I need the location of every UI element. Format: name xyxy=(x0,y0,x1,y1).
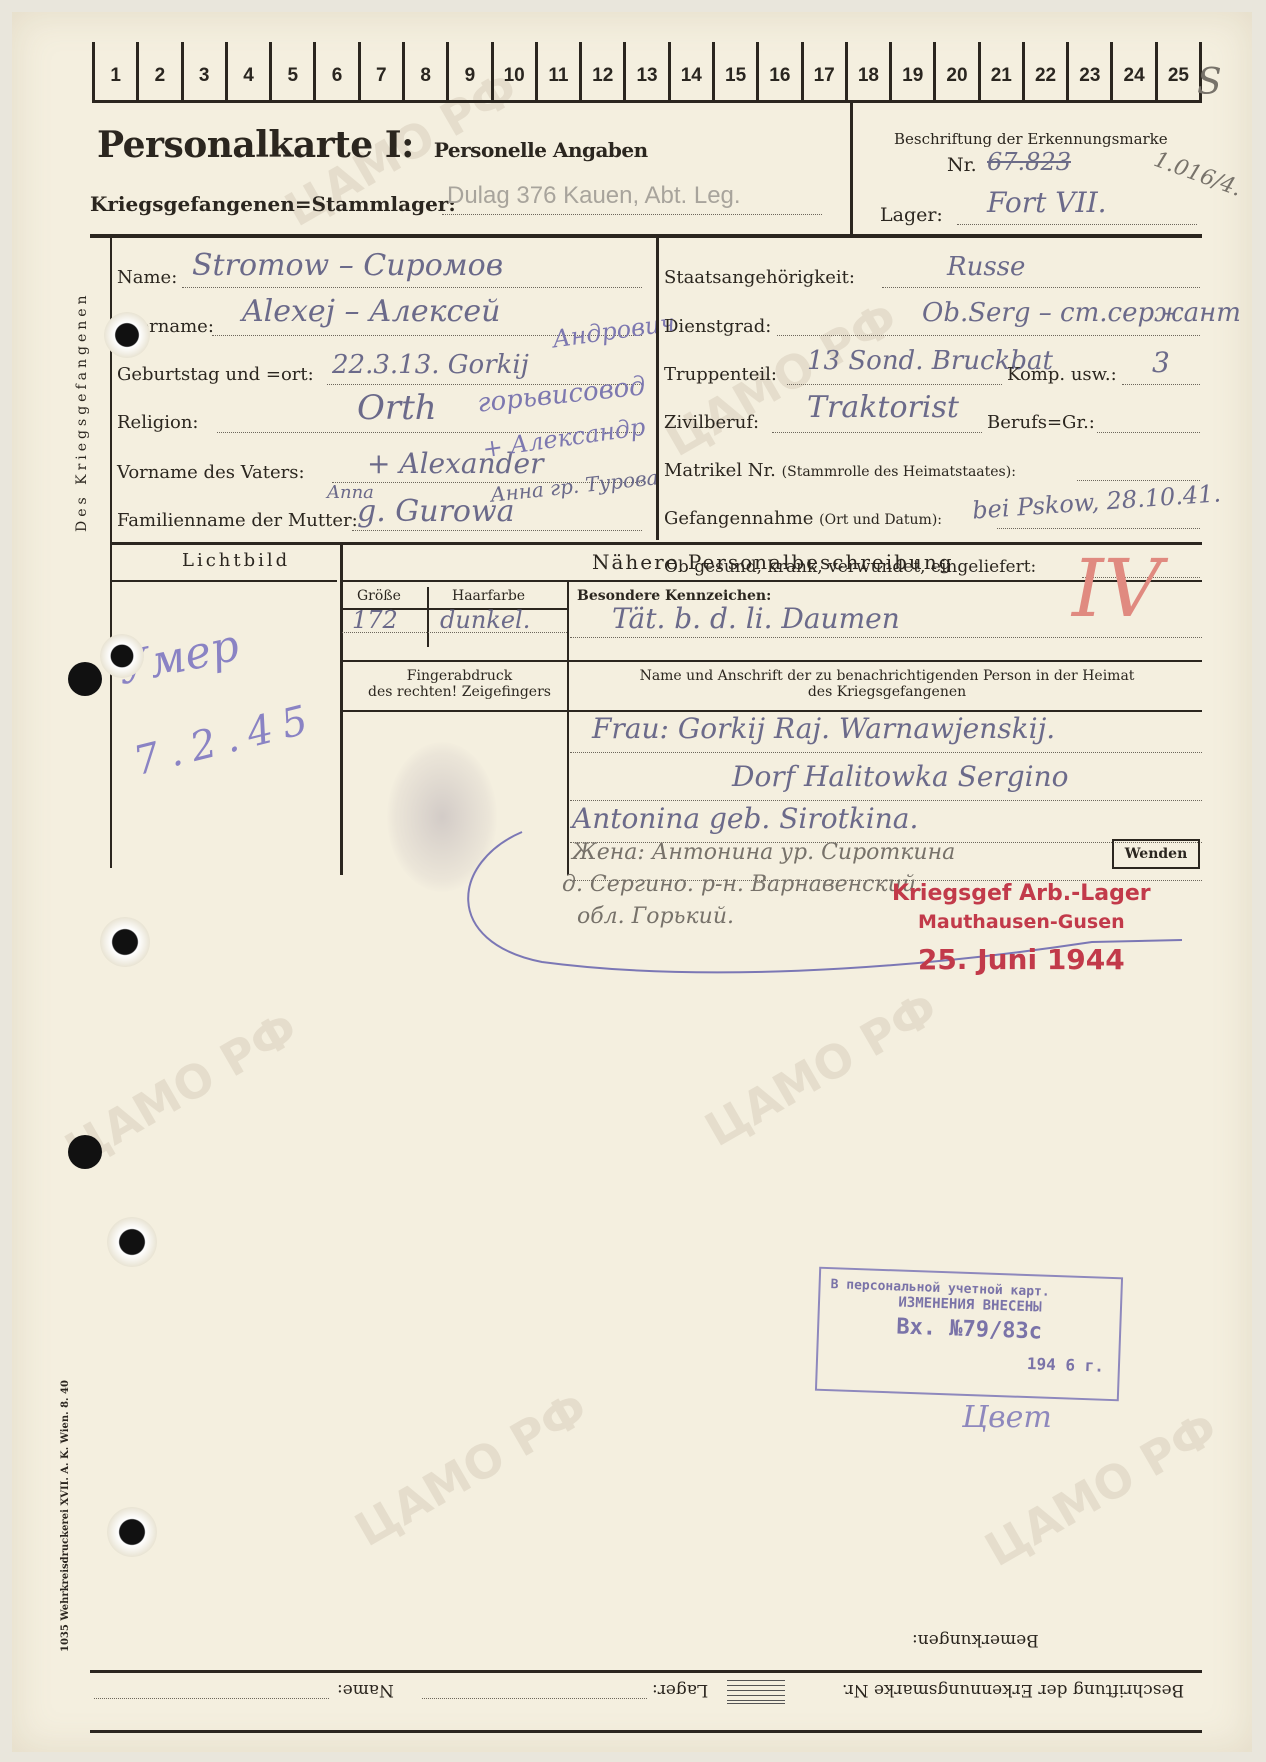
strip-cell: 21 xyxy=(978,42,1022,100)
middle-divider xyxy=(656,238,659,540)
lager-line xyxy=(957,224,1197,225)
back-top-rule xyxy=(90,1670,1202,1673)
strip-cell: 12 xyxy=(579,42,623,100)
watermark: ЦАМО РФ xyxy=(696,981,947,1157)
religion-label: Religion: xyxy=(117,412,199,433)
strip-cell: 17 xyxy=(801,42,845,100)
berufsgr-line xyxy=(1097,432,1200,433)
finger-label: Fingerabdruck des rechten! Zeigefingers xyxy=(357,668,562,700)
watermark: ЦАМО РФ xyxy=(346,1381,597,1557)
punch-hole xyxy=(107,1217,157,1267)
stammlager-line xyxy=(442,214,822,215)
corner-mark: S xyxy=(1197,62,1222,103)
finger-label-1: Fingerabdruck xyxy=(357,668,562,684)
strip-cell: 13 xyxy=(623,42,667,100)
strip-cell: 14 xyxy=(668,42,712,100)
lichtbild-rule xyxy=(112,580,337,582)
section-title: Nähere Personalbeschreibung xyxy=(592,550,954,574)
religion-value: Orth xyxy=(357,388,437,428)
komp-line xyxy=(1122,384,1200,385)
strip-cell: 11 xyxy=(535,42,579,100)
groesse-value: 172 xyxy=(352,606,398,634)
vater-extra: + Александр xyxy=(481,413,647,464)
strip-cell: 7 xyxy=(358,42,402,100)
strip-cell: 18 xyxy=(845,42,889,100)
lichtbild-note-2: 7.2.45 xyxy=(129,695,322,785)
strip-cell: 5 xyxy=(269,42,313,100)
mutter-label: Familienname der Mutter: xyxy=(117,510,358,531)
archive-signature: Цвет xyxy=(962,1400,1052,1435)
lager-label: Lager: xyxy=(880,204,943,226)
strip-cell: 10 xyxy=(491,42,535,100)
stammlager-value: Dulag 376 Kauen, Abt. Leg. xyxy=(447,182,741,210)
camp-stamp: Kriegsgef Arb.-Lager Mauthausen-Gusen 25… xyxy=(892,880,1151,974)
side-label: Des Kriegsgefangenen xyxy=(74,291,90,532)
staat-line xyxy=(882,287,1200,288)
archive-line-3: Вх. №79/83с xyxy=(819,1312,1120,1347)
finger-top-rule xyxy=(342,660,1202,662)
groesse-label: Größe xyxy=(357,588,401,604)
groesse-dots xyxy=(342,632,567,633)
dienstgrad-label: Dienstgrad: xyxy=(664,316,771,337)
geburt-value: 22.3.13. Gorkij xyxy=(332,350,529,380)
kennzeichen-line xyxy=(570,637,1202,638)
contact-label-2: des Kriegsgefangenen xyxy=(572,684,1202,700)
strip-cell: 6 xyxy=(313,42,357,100)
strip-cell: 22 xyxy=(1022,42,1066,100)
personalkarte-document: ЦАМО РФ ЦАМО РФ ЦАМО РФ ЦАМО РФ ЦАМО РФ … xyxy=(12,12,1252,1752)
berufsgr-label: Berufs=Gr.: xyxy=(987,412,1095,433)
stammlager-label: Kriegsgefangenen=Stammlager: xyxy=(90,192,456,216)
contact-line: Frau: Gorkij Raj. Warnawjenskij. xyxy=(592,712,1055,745)
kennzeichen-value: Tät. b. d. li. Daumen xyxy=(612,602,900,635)
subtitle-text: Personelle Angaben xyxy=(434,138,648,162)
strip-cell: 24 xyxy=(1110,42,1154,100)
staat-label: Staatsangehörigkeit: xyxy=(664,267,855,288)
punch-hole xyxy=(68,1135,102,1169)
contact-label-1: Name und Anschrift der zu benachrichtige… xyxy=(572,668,1202,684)
matrikel-label-text: Matrikel Nr. xyxy=(664,460,776,481)
gefangennahme-label: Gefangennahme (Ort und Datum): xyxy=(664,508,942,529)
punch-hole xyxy=(100,634,144,678)
strip-cell: 3 xyxy=(181,42,225,100)
vorname-value: Alexej – Алексей xyxy=(242,294,500,329)
printer-imprint: 1035 Wehrkreisdruckerei XVII. A. K. Wien… xyxy=(60,1380,71,1652)
erkennungsmarke-label: Beschriftung der Erkennungsmarke xyxy=(894,130,1168,148)
nr-value-struck: 67.823 xyxy=(987,148,1071,176)
zivilberuf-line xyxy=(772,432,982,433)
name-line xyxy=(182,287,642,288)
strip-cell: 25 xyxy=(1155,42,1202,100)
strip-cell: 19 xyxy=(889,42,933,100)
camp-date: 25. Juni 1944 xyxy=(892,946,1151,974)
mutter-line xyxy=(352,530,642,531)
matrikel-note: (Stammrolle des Heimatstaates): xyxy=(782,464,1016,480)
staat-value: Russe xyxy=(947,252,1025,282)
archive-line-4: 194 6 г. xyxy=(818,1347,1118,1376)
zivilberuf-value: Traktorist xyxy=(807,390,959,425)
header-divider xyxy=(850,100,853,235)
punch-hole xyxy=(107,1507,157,1557)
back-marke-field xyxy=(727,1680,785,1704)
strip-cell: 9 xyxy=(446,42,490,100)
finger-label-2: des rechten! Zeigefingers xyxy=(357,684,562,700)
back-lager-label: Lager: xyxy=(652,1680,708,1700)
contact-label: Name und Anschrift der zu benachrichtige… xyxy=(572,668,1202,700)
matrikel-line xyxy=(1077,480,1200,481)
truppenteil-line xyxy=(787,384,1002,385)
back-lager-line xyxy=(422,1698,647,1699)
punch-hole xyxy=(100,917,150,967)
back-name-label: Name: xyxy=(337,1680,394,1700)
komp-value: 3 xyxy=(1152,346,1170,379)
camp-line-1: Kriegsgef Arb.-Lager xyxy=(892,880,1151,908)
strip-cell: 1 xyxy=(92,42,136,100)
contact-dotted-line xyxy=(570,800,1202,801)
contact-line: Dorf Halitowka Sergino xyxy=(732,760,1069,793)
strip-cell: 20 xyxy=(933,42,977,100)
strip-cell: 2 xyxy=(136,42,180,100)
back-bottom-rule xyxy=(90,1730,1202,1733)
zivilberuf-label: Zivilberuf: xyxy=(664,412,759,433)
strip-cell: 8 xyxy=(402,42,446,100)
bemerkungen-label: Bemerkungen: xyxy=(912,1630,1039,1650)
gefangennahme-label-text: Gefangennahme xyxy=(664,508,813,529)
name-value: Stromow – Сиромов xyxy=(192,248,503,283)
lager-value: Fort VII. xyxy=(987,186,1107,219)
camp-line-2: Mauthausen-Gusen xyxy=(892,908,1151,936)
dienstgrad-line xyxy=(777,335,1200,336)
haarfarbe-label: Haarfarbe xyxy=(452,588,525,604)
nr-value-new: 1.016/4. xyxy=(1150,147,1244,202)
contact-dotted-line xyxy=(570,752,1202,753)
number-strip: 1234567891011121314151617181920212223242… xyxy=(92,42,1202,103)
back-name-line xyxy=(94,1698,329,1699)
matrikel-label: Matrikel Nr. (Stammrolle des Heimatstaat… xyxy=(664,460,1016,481)
haarfarbe-value: dunkel. xyxy=(440,606,530,634)
form-title: Personalkarte I: Personelle Angaben xyxy=(97,124,648,166)
gefangennahme-note: (Ort und Datum): xyxy=(819,512,942,528)
lichtbild-label: Lichtbild xyxy=(182,550,290,571)
geburt-label: Geburtstag und =ort: xyxy=(117,364,314,385)
red-mark: IV xyxy=(1072,542,1161,635)
dienstgrad-value: Ob.Serg – ст.сержант xyxy=(922,298,1241,328)
strip-cell: 4 xyxy=(225,42,269,100)
komp-label: Komp. usw.: xyxy=(1007,364,1117,385)
gefangennahme-value: bei Pskow, 28.10.41. xyxy=(971,479,1221,524)
punch-hole xyxy=(104,312,150,358)
vater-label: Vorname des Vaters: xyxy=(117,462,305,483)
gefangennahme-line xyxy=(997,528,1200,529)
strip-cell: 23 xyxy=(1066,42,1110,100)
back-marke-label: Beschriftung der Erkennungsmarke Nr. xyxy=(842,1680,1184,1700)
truppenteil-label: Truppenteil: xyxy=(664,364,777,385)
punch-hole xyxy=(68,662,102,696)
strip-cell: 15 xyxy=(712,42,756,100)
strip-cell: 16 xyxy=(756,42,800,100)
title-text: Personalkarte I: xyxy=(97,124,414,166)
nr-label: Nr. xyxy=(947,154,977,176)
groesse-divider xyxy=(427,587,429,647)
archive-stamp: В персональной учетной карт. ИЗМЕНЕНИЯ В… xyxy=(815,1267,1123,1402)
header-rule xyxy=(90,234,1202,238)
personal-bottom-rule xyxy=(110,542,1202,545)
mutter-extra-1: Anna xyxy=(327,482,374,503)
name-label: Name: xyxy=(117,267,177,288)
